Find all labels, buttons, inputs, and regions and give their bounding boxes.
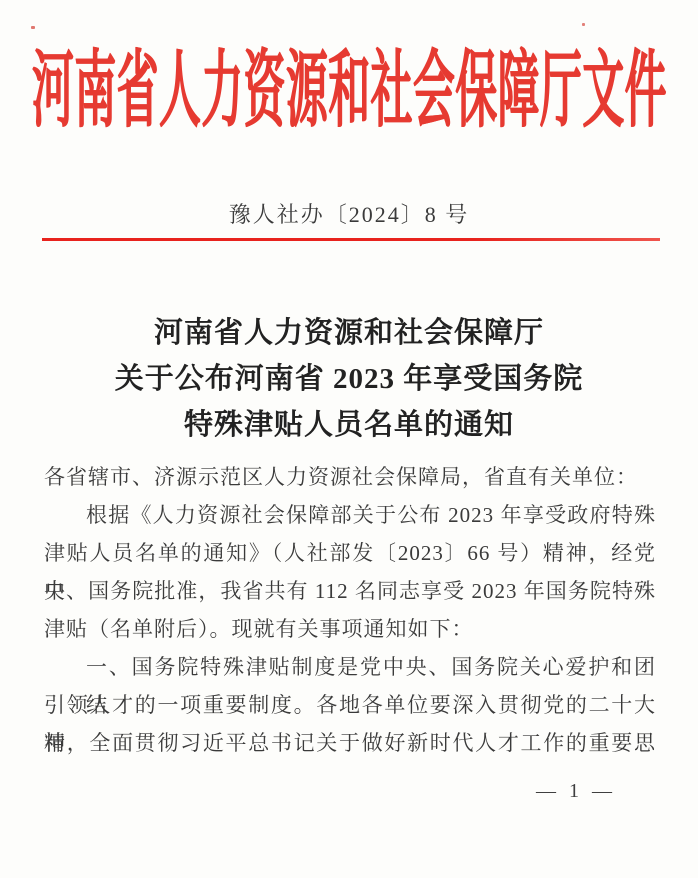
body-line: 津贴（名单附后）。现就有关事项通知如下：: [44, 610, 656, 648]
notice-title-line-3: 特殊津贴人员名单的通知: [0, 402, 698, 448]
notice-title: 河南省人力资源和社会保障厅 关于公布河南省 2023 年享受国务院 特殊津贴人员…: [0, 310, 698, 448]
body-line: 津贴人员名单的通知》（人社部发〔2023〕66 号）精神，经党中: [44, 534, 656, 572]
red-divider-line: [42, 238, 660, 241]
notice-title-line-2: 关于公布河南省 2023 年享受国务院: [0, 356, 698, 402]
body-line: 神，全面贯彻习近平总书记关于做好新时代人才工作的重要思: [44, 724, 656, 762]
document-page: 河南省人力资源和社会保障厅文件 豫人社办〔2024〕8 号 河南省人力资源和社会…: [0, 0, 698, 878]
doc-number: 豫人社办〔2024〕8 号: [0, 200, 698, 230]
scan-artifact-speck: [31, 26, 35, 29]
page-number: — 1 —: [536, 780, 616, 803]
body-line: 央、国务院批准，我省共有 112 名同志享受 2023 年国务院特殊: [44, 572, 656, 610]
body-line: 引领人才的一项重要制度。各地各单位要深入贯彻党的二十大精: [44, 686, 656, 724]
salutation-line: 各省辖市、济源示范区人力资源社会保障局，省直有关单位：: [44, 458, 656, 496]
body-text: 各省辖市、济源示范区人力资源社会保障局，省直有关单位： 根据《人力资源社会保障部…: [44, 458, 656, 762]
letterhead-title: 河南省人力资源和社会保障厅文件: [32, 49, 667, 133]
body-line: 根据《人力资源社会保障部关于公布 2023 年享受政府特殊: [44, 496, 656, 534]
letterhead: 河南省人力资源和社会保障厅文件: [0, 46, 698, 136]
scan-artifact-speck: [582, 23, 585, 26]
notice-title-line-1: 河南省人力资源和社会保障厅: [0, 310, 698, 356]
body-line: 一、国务院特殊津贴制度是党中央、国务院关心爱护和团结: [44, 648, 656, 686]
